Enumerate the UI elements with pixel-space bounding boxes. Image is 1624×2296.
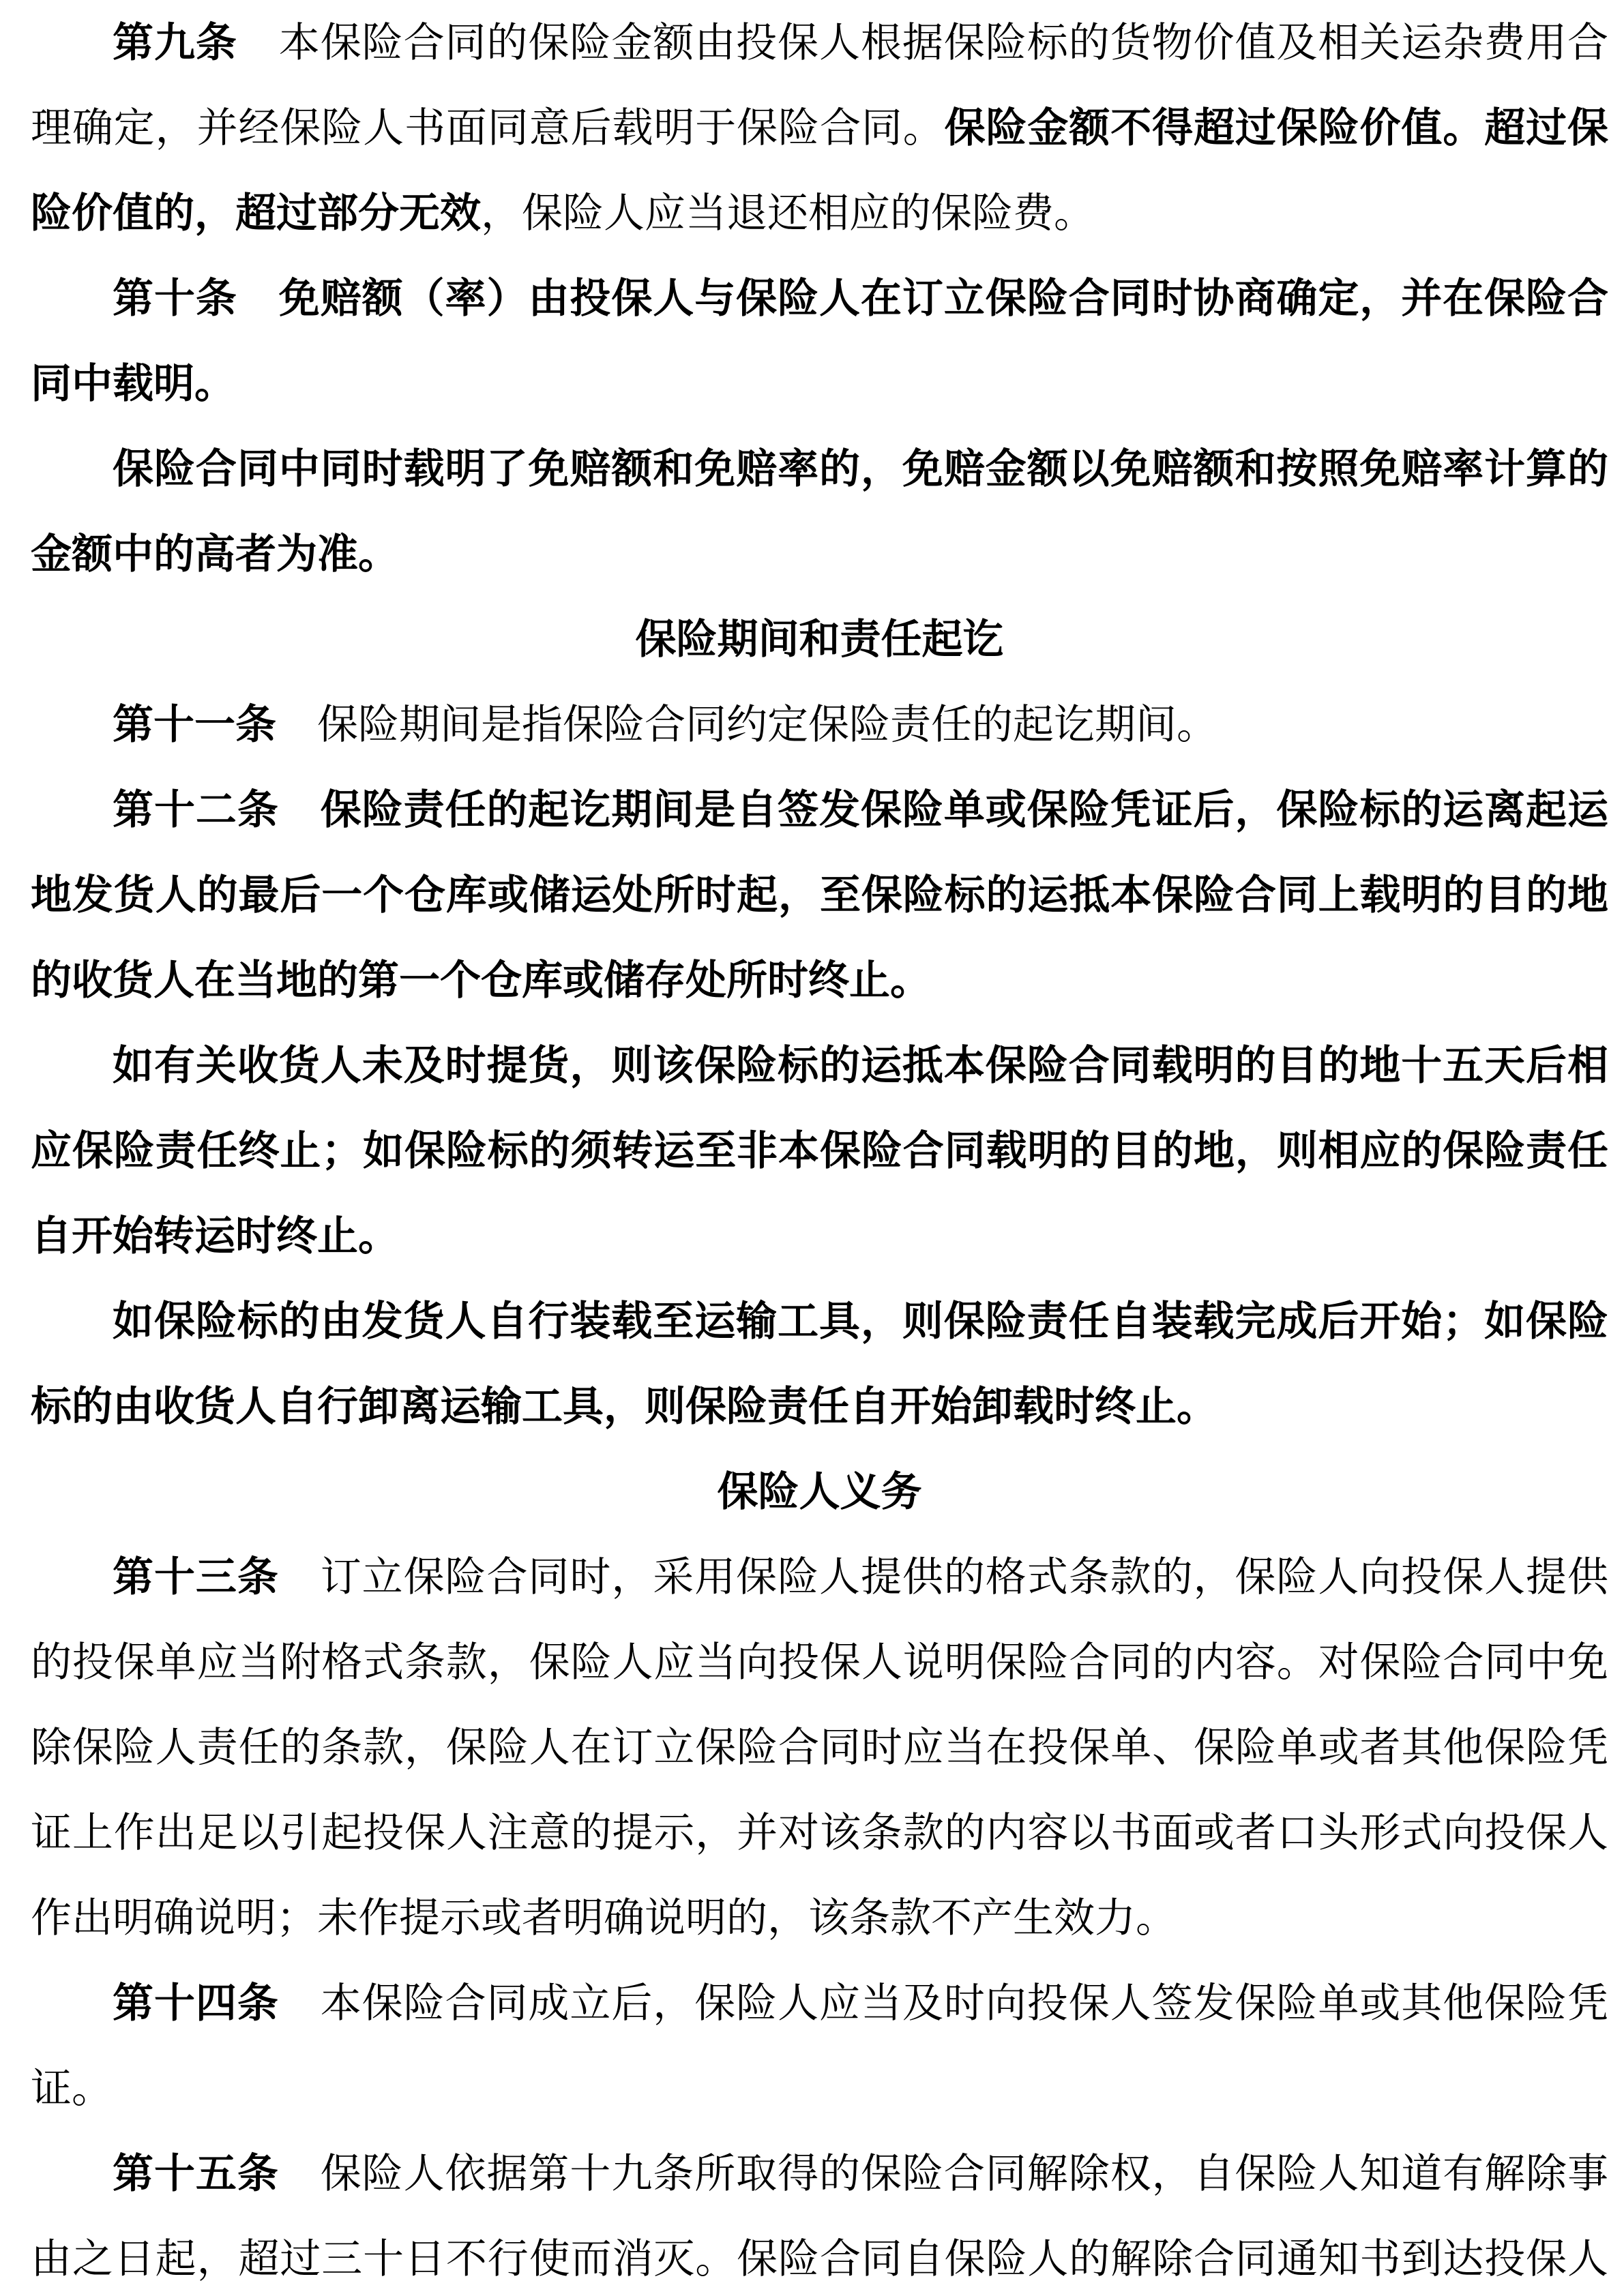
- text-line: 证上作出足以引起投保人注意的提示，并对该条款的内容以书面或者口头形式向投保人: [31, 1790, 1608, 1875]
- bold-text-run: 同中载明。: [31, 361, 235, 406]
- text-line: 第九条 本保险合同的保险金额由投保人根据保险标的货物价值及相关运杂费用合: [31, 0, 1608, 85]
- text-line: 标的由收货人自行卸离运输工具，则保险责任自开始卸载时终止。: [31, 1364, 1608, 1449]
- text-line: 由之日起，超过三十日不行使而消灭。保险合同自保险人的解除合同通知书到达投保人: [31, 2216, 1608, 2296]
- text-run: 保险期间是指保险合同约定保险责任的起讫期间。: [317, 702, 1217, 747]
- text-run: 证。: [31, 2066, 113, 2111]
- bold-text-run: 第十条 免赔额（率）由投保人与保险人在订立保险合同时协商确定，并在保险合: [113, 275, 1608, 321]
- text-line: 第十三条 订立保险合同时，采用保险人提供的格式条款的，保险人向投保人提供: [31, 1534, 1608, 1620]
- bold-text-run: 第十五条: [113, 2151, 321, 2196]
- text-run: 的投保单应当附格式条款，保险人应当向投保人说明保险合同的内容。对保险合同中免: [31, 1639, 1608, 1685]
- text-line: 金额中的高者为准。: [31, 511, 1608, 597]
- text-run: 除保险人责任的条款，保险人在订立保险合同时应当在投保单、保险单或者其他保险凭: [31, 1725, 1608, 1770]
- text-line: 证。: [31, 2046, 1608, 2131]
- text-run: 本保险合同成立后，保险人应当及时向投保人签发保险单或其他保险凭: [321, 1980, 1608, 2026]
- text-line: 第十二条 保险责任的起讫期间是自签发保险单或保险凭证后，保险标的运离起运: [31, 767, 1608, 852]
- text-line: 如保险标的由发货人自行装载至运输工具，则保险责任自装载完成后开始；如保险: [31, 1279, 1608, 1364]
- text-line: 同中载明。: [31, 341, 1608, 426]
- text-run: 本保险合同的保险金额由投保人根据保险标的货物价值及相关运杂费用合: [279, 20, 1608, 65]
- bold-text-run: 自开始转运时终止。: [31, 1213, 399, 1259]
- text-line: 作出明确说明；未作提示或者明确说明的，该条款不产生效力。: [31, 1875, 1608, 1960]
- text-line: 地发货人的最后一个仓库或储运处所时起，至保险标的运抵本保险合同上载明的目的地: [31, 852, 1608, 938]
- text-line: 第十五条 保险人依据第十九条所取得的保险合同解除权，自保险人知道有解除事: [31, 2131, 1608, 2216]
- bold-text-run: 如保险标的由发货人自行装载至运输工具，则保险责任自装载完成后开始；如保险: [113, 1298, 1608, 1344]
- bold-text-run: 保险金额不得超过保险价值。超过保: [945, 105, 1608, 151]
- text-run: 理确定，并经保险人书面同意后载明于保险合同。: [31, 105, 945, 151]
- text-run: 作出明确说明；未作提示或者明确说明的，该条款不产生效力。: [31, 1895, 1177, 1941]
- bold-text-run: 第十一条: [113, 702, 317, 747]
- bold-text-run: 第十三条: [113, 1554, 321, 1600]
- bold-text-run: 地发货人的最后一个仓库或储运处所时起，至保险标的运抵本保险合同上载明的目的地: [31, 872, 1608, 918]
- bold-text-run: 第十四条: [113, 1980, 321, 2026]
- text-line: 除保险人责任的条款，保险人在订立保险合同时应当在投保单、保险单或者其他保险凭: [31, 1705, 1608, 1790]
- text-run: 证上作出足以引起投保人注意的提示，并对该条款的内容以书面或者口头形式向投保人: [31, 1810, 1608, 1855]
- text-line: 的投保单应当附格式条款，保险人应当向投保人说明保险合同的内容。对保险合同中免: [31, 1620, 1608, 1705]
- bold-text-run: 险价值的，超过部分无效: [31, 190, 481, 236]
- text-line: 自开始转运时终止。: [31, 1193, 1608, 1279]
- bold-text-run: 保险期间和责任起讫: [636, 616, 1004, 662]
- text-line: 如有关收货人未及时提货，则该保险标的运抵本保险合同载明的目的地十五天后相: [31, 1023, 1608, 1108]
- text-run: 订立保险合同时，采用保险人提供的格式条款的，保险人向投保人提供: [321, 1554, 1608, 1600]
- bold-text-run: 应保险责任终止；如保险标的须转运至非本保险合同载明的目的地，则相应的保险责任: [31, 1128, 1608, 1174]
- document-page: 第九条 本保险合同的保险金额由投保人根据保险标的货物价值及相关运杂费用合理确定，…: [0, 0, 1624, 2296]
- document-body: 第九条 本保险合同的保险金额由投保人根据保险标的货物价值及相关运杂费用合理确定，…: [31, 0, 1608, 2296]
- section-heading: 保险期间和责任起讫: [31, 597, 1608, 682]
- text-line: 应保险责任终止；如保险标的须转运至非本保险合同载明的目的地，则相应的保险责任: [31, 1108, 1608, 1193]
- bold-text-run: 第十二条 保险责任的起讫期间是自签发保险单或保险凭证后，保险标的运离起运: [113, 787, 1608, 833]
- text-run: 由之日起，超过三十日不行使而消灭。保险合同自保险人的解除合同通知书到达投保人: [31, 2236, 1608, 2282]
- bold-text-run: 金额中的高者为准。: [31, 531, 399, 577]
- text-line: 第十条 免赔额（率）由投保人与保险人在订立保险合同时协商确定，并在保险合: [31, 256, 1608, 341]
- text-line: 第十四条 本保险合同成立后，保险人应当及时向投保人签发保险单或其他保险凭: [31, 1960, 1608, 2046]
- text-line: 的收货人在当地的第一个仓库或储存处所时终止。: [31, 938, 1608, 1023]
- text-line: 保险合同中同时载明了免赔额和免赔率的，免赔金额以免赔额和按照免赔率计算的: [31, 426, 1608, 511]
- section-heading: 保险人义务: [31, 1449, 1608, 1534]
- bold-text-run: 标的由收货人自行卸离运输工具，则保险责任自开始卸载时终止。: [31, 1384, 1217, 1429]
- text-line: 险价值的，超过部分无效，保险人应当退还相应的保险费。: [31, 170, 1608, 256]
- text-line: 第十一条 保险期间是指保险合同约定保险责任的起讫期间。: [31, 682, 1608, 767]
- bold-text-run: 保险人义务: [718, 1469, 922, 1515]
- text-run: ，保险人应当退还相应的保险费。: [481, 190, 1095, 236]
- text-run: 保险人依据第十九条所取得的保险合同解除权，自保险人知道有解除事: [321, 2151, 1608, 2196]
- bold-text-run: 的收货人在当地的第一个仓库或储存处所时终止。: [31, 957, 931, 1003]
- text-line: 理确定，并经保险人书面同意后载明于保险合同。保险金额不得超过保险价值。超过保: [31, 85, 1608, 170]
- bold-text-run: 第九条: [113, 20, 279, 65]
- bold-text-run: 保险合同中同时载明了免赔额和免赔率的，免赔金额以免赔额和按照免赔率计算的: [113, 446, 1608, 492]
- bold-text-run: 如有关收货人未及时提货，则该保险标的运抵本保险合同载明的目的地十五天后相: [113, 1043, 1608, 1088]
